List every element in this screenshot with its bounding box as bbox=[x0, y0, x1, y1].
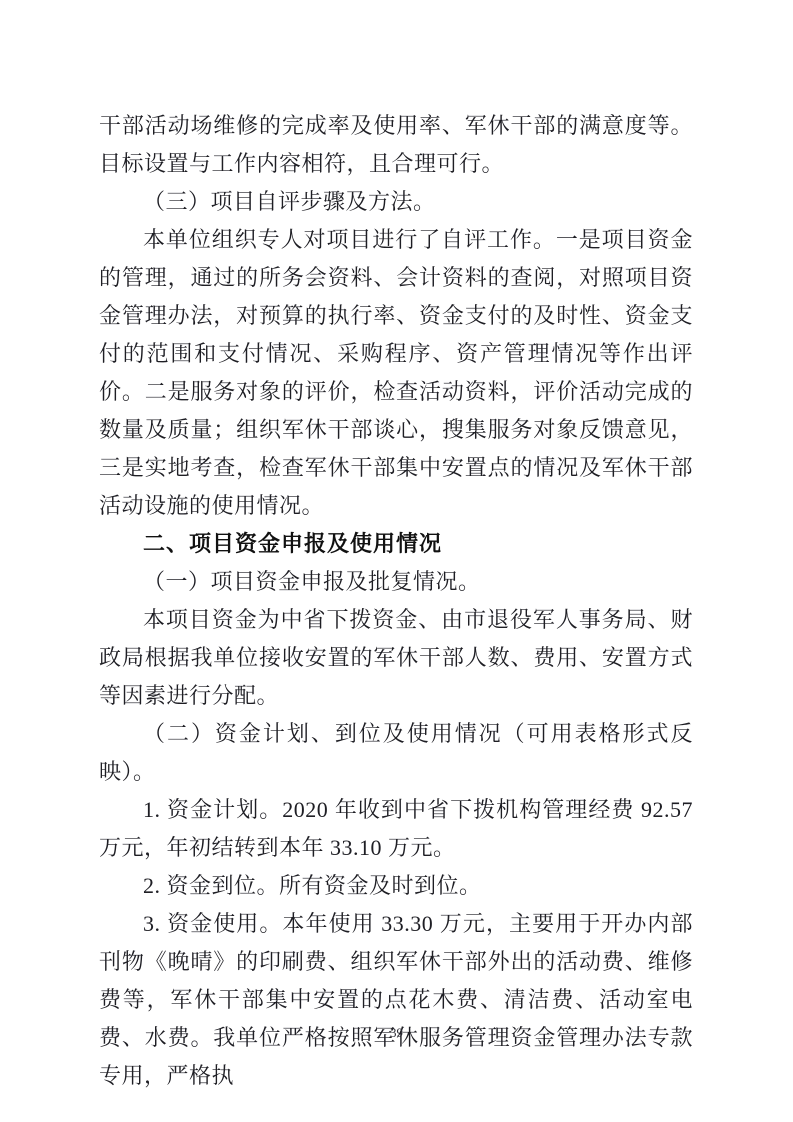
paragraph-item-2-fund-arrival: 2. 资金到位。所有资金及时到位。 bbox=[99, 867, 693, 905]
paragraph-item-3-fund-usage: 3. 资金使用。本年使用 33.30 万元，主要用于开办内部刊物《晚晴》的印刷费… bbox=[99, 905, 693, 1095]
document-body: 干部活动场维修的完成率及使用率、军休干部的满意度等。目标设置与工作内容相符，且合… bbox=[99, 107, 693, 1095]
paragraph-subheading-fund-declaration-approval: （一）项目资金申报及批复情况。 bbox=[99, 563, 693, 601]
document-page: 干部活动场维修的完成率及使用率、军休干部的满意度等。目标设置与工作内容相符，且合… bbox=[0, 0, 793, 1122]
paragraph-fund-allocation-source: 本项目资金为中省下拨资金、由市退役军人事务局、财政局根据我单位接收安置的军休干部… bbox=[99, 601, 693, 715]
section-heading-fund-declaration-and-usage: 二、项目资金申报及使用情况 bbox=[99, 525, 693, 563]
paragraph-item-1-fund-plan: 1. 资金计划。2020 年收到中省下拨机构管理经费 92.57 万元，年初结转… bbox=[99, 791, 693, 867]
paragraph-goal-setting-continued: 干部活动场维修的完成率及使用率、军休干部的满意度等。目标设置与工作内容相符，且合… bbox=[99, 107, 693, 183]
paragraph-self-evaluation-details: 本单位组织专人对项目进行了自评工作。一是项目资金的管理，通过的所务会资料、会计资… bbox=[99, 221, 693, 525]
paragraph-subheading-fund-plan-arrival-usage: （二）资金计划、到位及使用情况（可用表格形式反映）。 bbox=[99, 715, 693, 791]
paragraph-subheading-self-evaluation-method: （三）项目自评步骤及方法。 bbox=[99, 183, 693, 221]
page-number: 39 bbox=[0, 1024, 793, 1042]
